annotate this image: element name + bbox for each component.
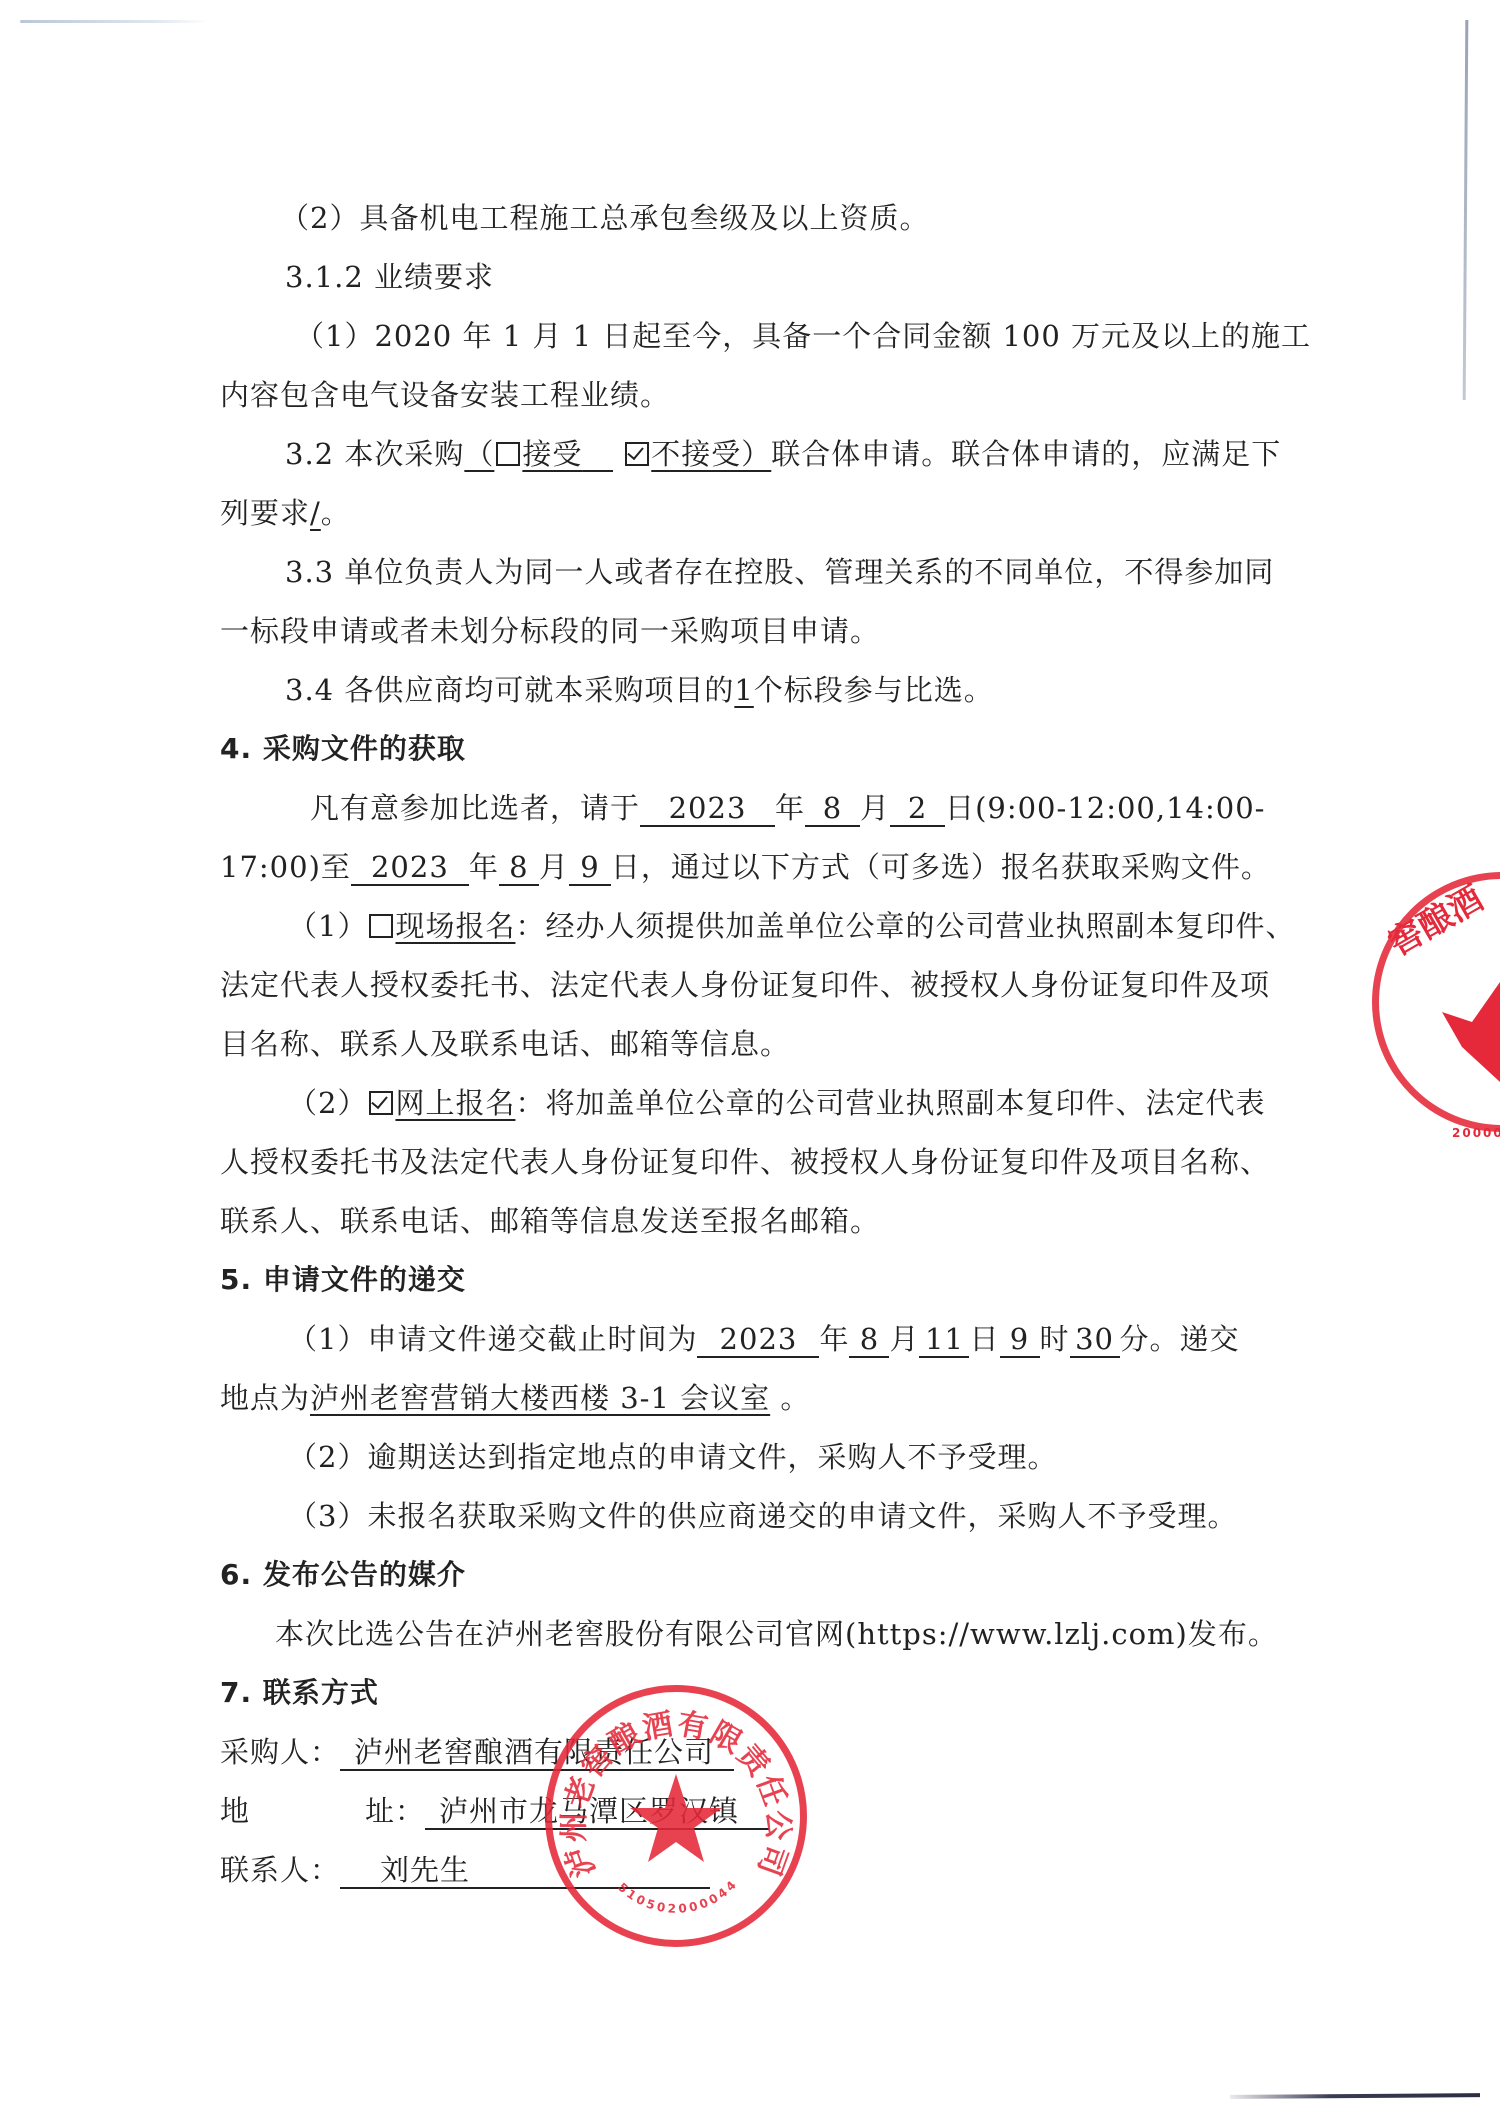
start-day: 2 [890,791,945,827]
onsite-registration-line-1: （1）现场报名：经办人须提供加盖单位公章的公司营业执照副本复印件、 [220,906,1295,946]
section-3-2-line-1: 3.2 本次采购（接受 不接受）联合体申请。联合体申请的，应满足下 [220,434,1281,474]
end-month: 8 [499,850,539,886]
online-registration-line-1: （2）网上报名：将加盖单位公章的公司营业执照副本复印件、法定代表 [220,1083,1265,1123]
star-icon [630,1774,722,1862]
checkbox-accept[interactable] [496,442,520,466]
submission-place-line: 地点为泸州老窖营销大楼西楼 3-1 会议室 。 [220,1378,810,1418]
section-3-2-line-2: 列要求/。 [220,493,351,533]
deadline-month: 8 [849,1322,889,1358]
submission-place: 泸州老窖营销大楼西楼 3-1 会议室 [310,1381,770,1415]
section-4-para-line-2: 17:00)至2023年8月9日，通过以下方式（可多选）报名获取采购文件。 [220,847,1271,887]
unregistered-submission-rule: （3）未报名获取采购文件的供应商递交的申请文件，采购人不予受理。 [220,1496,1237,1536]
section-7-title: 7. 联系方式 [220,1673,379,1713]
submission-deadline-line-1: （1）申请文件递交截止时间为2023年8月11日9时30分。递交 [220,1319,1240,1359]
start-year: 2023 [640,791,775,827]
online-registration-line-2: 人授权委托书及法定代表人身份证复印件、被授权人身份证复印件及项目名称、 [220,1142,1270,1182]
section-4-para-line-1: 凡有意参加比选者，请于2023年8月2日(9:00-12:00,14:00- [220,788,1265,828]
section-3-4: 3.4 各供应商均可就本采购项目的1个标段参与比选。 [220,670,994,710]
publication-media-text: 本次比选公告在泸州老窖股份有限公司官网(https://www.lzlj.com… [220,1614,1278,1654]
section-3-3-line-1: 3.3 单位负责人为同一人或者存在控股、管理关系的不同单位，不得参加同 [220,552,1274,592]
section-3-3-line-2: 一标段申请或者未划分标段的同一采购项目申请。 [220,611,880,651]
deadline-year: 2023 [697,1322,819,1358]
onsite-registration-line-3: 目名称、联系人及联系电话、邮箱等信息。 [220,1024,790,1064]
checkbox-reject[interactable] [625,442,649,466]
late-submission-rule: （2）逾期送达到指定地点的申请文件，采购人不予受理。 [220,1437,1057,1477]
scan-edge-right [1463,20,1469,400]
checkbox-onsite-registration[interactable] [369,914,393,938]
end-day: 9 [569,850,611,886]
performance-item-1-line-1: （1）2020 年 1 月 1 日起至今，具备一个合同金额 100 万元及以上的… [220,316,1311,356]
end-year: 2023 [351,850,469,886]
start-month: 8 [805,791,860,827]
performance-item-1-line-2: 内容包含电气设备安装工程业绩。 [220,375,670,415]
section-6-title: 6. 发布公告的媒介 [220,1555,466,1595]
partial-edge-seal: 窖酿酒 200004 [1372,872,1500,1172]
scan-edge-top [20,20,210,23]
qualification-item-2: （2）具备机电工程施工总承包叁级及以上资质。 [220,198,929,238]
seal-ring-text: 泸州老窖酿酒有限责任公司 5105020000443 [552,1692,800,1940]
svg-text:窖酿酒: 窖酿酒 [1382,878,1490,964]
onsite-registration-line-2: 法定代表人授权委托书、法定代表人身份证复印件、被授权人身份证复印件及项 [220,965,1270,1005]
deadline-day: 11 [919,1322,969,1358]
deadline-minute: 30 [1070,1322,1120,1358]
section-5-title: 5. 申请文件的递交 [220,1260,466,1300]
checkbox-online-registration[interactable] [369,1091,393,1115]
star-icon [1442,982,1500,1082]
section-4-title: 4. 采购文件的获取 [220,729,466,769]
company-seal: 泸州老窖酿酒有限责任公司 5105020000443 [545,1685,807,1947]
online-registration-line-3: 联系人、联系电话、邮箱等信息发送至报名邮箱。 [220,1201,880,1241]
section-3-1-2-title: 3.1.2 业绩要求 [220,257,494,297]
svg-text:200004: 200004 [1452,1126,1500,1140]
deadline-hour: 9 [1000,1322,1040,1358]
scan-edge-bottom [1230,2093,1480,2099]
